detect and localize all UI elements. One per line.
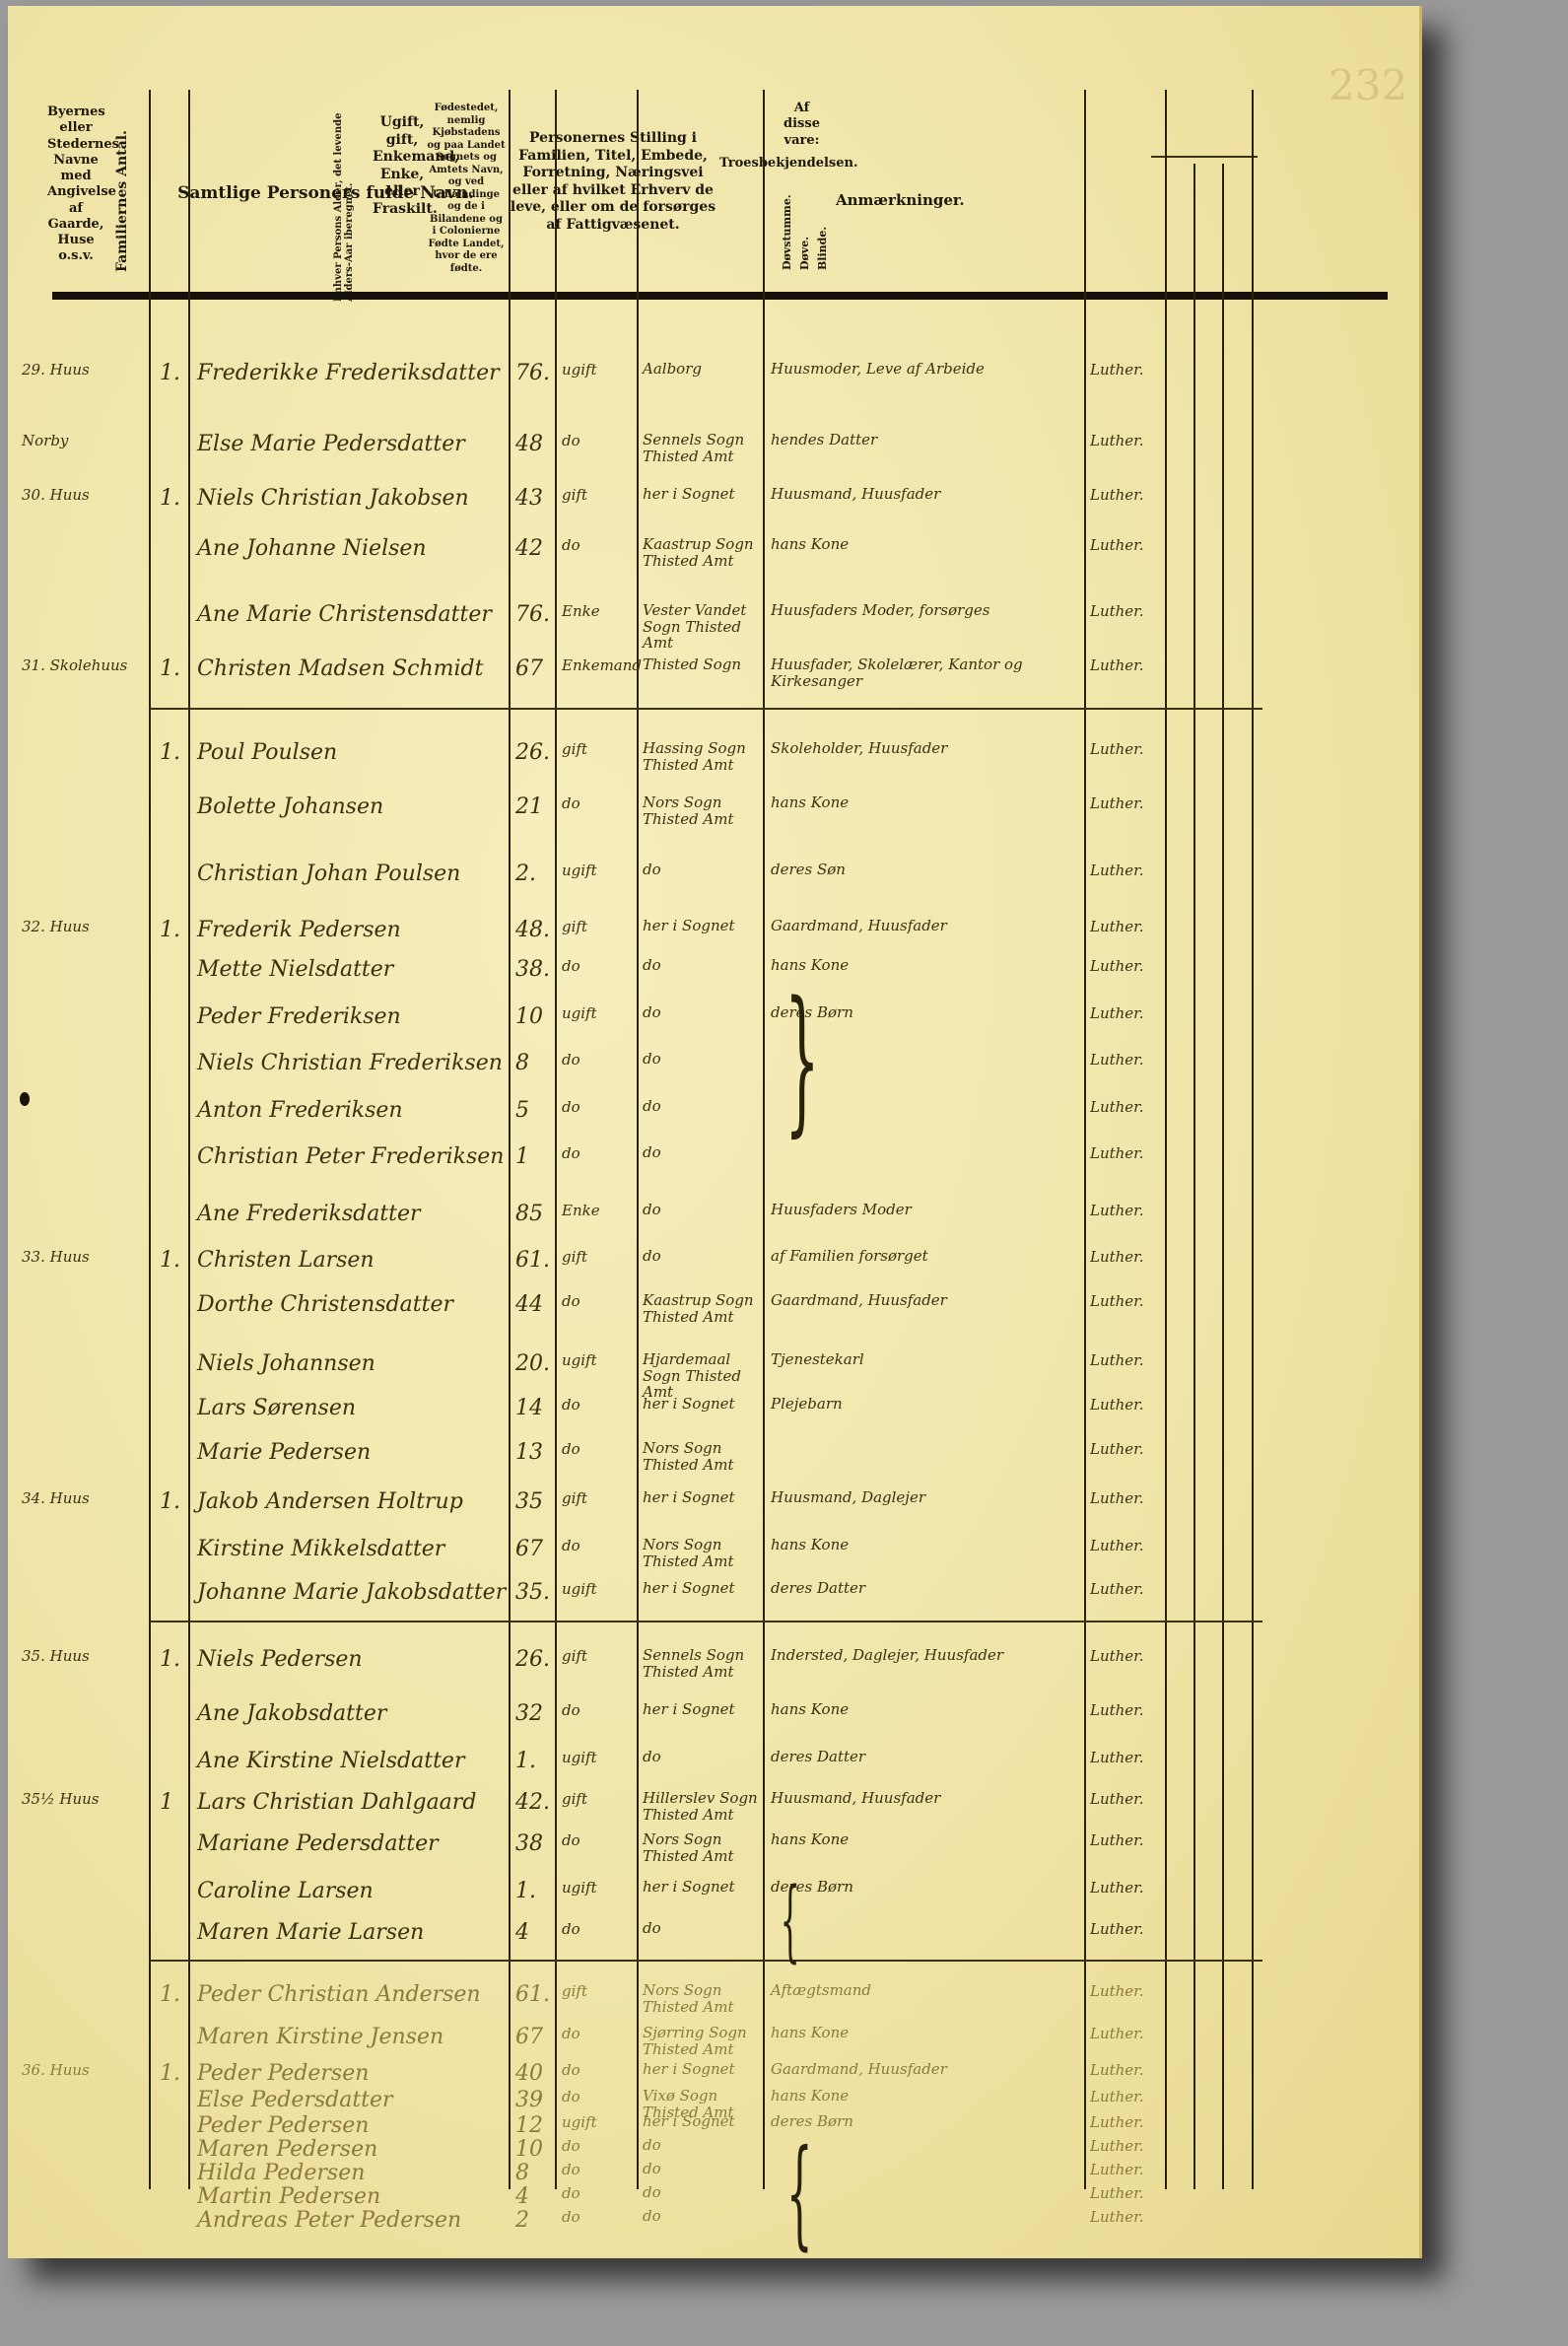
house-cell: 35. Huus (22, 1647, 90, 1665)
house-cell: 34. Huus (22, 1489, 90, 1507)
marital-status-cell: do (562, 794, 580, 812)
birthplace-cell: her i Sognet (643, 1879, 735, 1896)
marital-status-cell: ugift (562, 862, 597, 879)
header-marital: Ugift, gift, Enkemand, Enke, eller Frask… (373, 114, 432, 218)
age-cell: 35. (515, 1580, 550, 1605)
marital-status-cell: do (562, 2025, 580, 2042)
marital-status-cell: do (562, 432, 580, 449)
birthplace-cell: do (643, 1920, 661, 1937)
person-name-cell: Niels Christian Frederiksen (197, 1051, 503, 1075)
person-name-cell: Peder Christian Andersen (197, 1982, 481, 2007)
age-cell: 4 (515, 1920, 529, 1945)
col-line (1084, 90, 1086, 2189)
person-name-cell: Maren Kirstine Jensen (197, 2025, 443, 2049)
occupation-cell: Huusfaders Moder, forsørges (771, 602, 989, 619)
religion-cell: Luther. (1090, 2113, 1143, 2131)
religion-cell: Luther. (1090, 602, 1143, 620)
header-occupation: Personernes Stilling i Familien, Titel, … (509, 130, 717, 234)
religion-cell: Luther. (1090, 1831, 1143, 1849)
person-name-cell: Mariane Pedersdatter (197, 1831, 439, 1856)
age-cell: 32 (515, 1701, 543, 1726)
birthplace-cell: her i Sognet (643, 1580, 735, 1597)
occupation-cell: deres Datter (771, 1580, 865, 1597)
religion-cell: Luther. (1090, 1004, 1143, 1022)
col-line (1165, 90, 1167, 2189)
birthplace-cell: Nors Sogn Thisted Amt (643, 1982, 761, 2015)
age-cell: 10 (515, 1004, 543, 1029)
religion-cell: Luther. (1090, 1440, 1143, 1458)
birthplace-cell: Vester Vandet Sogn Thisted Amt (643, 602, 761, 652)
header-disabilities: Af disse vare: (775, 101, 829, 149)
marital-status-cell: ugift (562, 1879, 597, 1897)
person-name-cell: Dorthe Christensdatter (197, 1292, 453, 1317)
birthplace-cell: her i Sognet (643, 1396, 735, 1413)
marital-status-cell: Enkemand (562, 656, 642, 674)
age-cell: 14 (515, 1396, 543, 1420)
person-name-cell: Martin Pedersen (197, 2184, 380, 2209)
age-cell: 26. (515, 740, 550, 765)
age-cell: 44 (515, 1292, 543, 1317)
religion-cell: Luther. (1090, 1537, 1143, 1554)
religion-cell: Luther. (1090, 1396, 1143, 1414)
marital-status-cell: do (562, 1051, 580, 1069)
religion-cell: Luther. (1090, 486, 1143, 504)
birthplace-cell: Kaastrup Sogn Thisted Amt (643, 1292, 761, 1325)
occupation-cell: af Familien forsørget (771, 1248, 928, 1265)
religion-cell: Luther. (1090, 918, 1143, 935)
person-name-cell: Ane Frederiksdatter (197, 1202, 421, 1226)
religion-cell: Luther. (1090, 1144, 1143, 1162)
age-cell: 43 (515, 486, 543, 511)
person-name-cell: Else Pedersdatter (197, 2088, 393, 2112)
birthplace-cell: do (643, 1144, 661, 1161)
birthplace-cell: do (643, 957, 661, 974)
birthplace-cell: Aalborg (643, 361, 702, 378)
religion-cell: Luther. (1090, 361, 1143, 379)
disabilities-subrule (1151, 156, 1258, 158)
occupation-cell: Aftægtsmand (771, 1982, 871, 1999)
religion-cell: Luther. (1090, 1647, 1143, 1665)
occupation-cell: hans Kone (771, 1701, 849, 1718)
person-name-cell: Christian Peter Frederiksen (197, 1144, 504, 1169)
occupation-cell: Gaardmand, Huusfader (771, 918, 947, 934)
occupation-cell: Huusmand, Daglejer (771, 1489, 925, 1506)
family-count-cell: 1. (160, 1647, 180, 1672)
birthplace-cell: Sjørring Sogn Thisted Amt (643, 2025, 761, 2057)
religion-cell: Luther. (1090, 536, 1143, 554)
person-name-cell: Frederikke Frederiksdatter (197, 361, 500, 385)
person-name-cell: Ane Marie Christensdatter (197, 602, 492, 627)
religion-cell: Luther. (1090, 1202, 1143, 1219)
occupation-cell: hans Kone (771, 2025, 849, 2041)
age-cell: 5 (515, 1098, 529, 1123)
marital-status-cell: do (562, 1920, 580, 1938)
age-cell: 40 (515, 2061, 543, 2086)
occupation-cell: hans Kone (771, 2088, 849, 2104)
person-name-cell: Niels Christian Jakobsen (197, 486, 469, 511)
age-cell: 61. (515, 1982, 550, 2007)
age-cell: 39 (515, 2088, 543, 2112)
house-cell: 33. Huus (22, 1248, 90, 1266)
person-name-cell: Lars Christian Dahlgaard (197, 1790, 476, 1815)
age-cell: 38 (515, 1831, 543, 1856)
family-count-cell: 1. (160, 361, 180, 385)
person-name-cell: Christen Madsen Schmidt (197, 656, 483, 681)
family-count-cell: 1. (160, 1489, 180, 1514)
religion-cell: Luther. (1090, 2161, 1143, 2178)
birthplace-cell: Hillerslev Sogn Thisted Amt (643, 1790, 761, 1823)
person-name-cell: Peder Frederiksen (197, 1004, 401, 1029)
religion-cell: Luther. (1090, 1701, 1143, 1719)
marital-status-cell: do (562, 1537, 580, 1554)
age-cell: 13 (515, 1440, 543, 1465)
person-name-cell: Niels Pedersen (197, 1647, 363, 1672)
household-separator (149, 708, 1262, 710)
birthplace-cell: Nors Sogn Thisted Amt (643, 1537, 761, 1569)
person-name-cell: Bolette Johansen (197, 794, 383, 819)
occupation-cell: Huusmoder, Leve af Arbeide (771, 361, 985, 378)
person-name-cell: Maren Pedersen (197, 2137, 377, 2162)
age-cell: 85 (515, 1202, 543, 1226)
birthplace-cell: her i Sognet (643, 918, 735, 934)
marital-status-cell: do (562, 2208, 580, 2226)
family-count-cell: 1. (160, 1982, 180, 2007)
birthplace-cell: do (643, 2208, 661, 2225)
marital-status-cell: gift (562, 918, 587, 935)
birthplace-cell: Hjardemaal Sogn Thisted Amt (643, 1351, 761, 1401)
census-page: 232 Byernes eller Stedernes Navne med An… (8, 6, 1422, 2258)
marital-status-cell: gift (562, 1982, 587, 2000)
marital-status-cell: do (562, 2184, 580, 2202)
marital-status-cell: gift (562, 1489, 587, 1507)
age-cell: 67 (515, 1537, 543, 1561)
ink-spot (20, 1092, 30, 1106)
birthplace-cell: Sennels Sogn Thisted Amt (643, 432, 761, 464)
house-cell: 31. Skolehuus (22, 656, 127, 674)
house-cell: Norby (22, 432, 68, 449)
person-name-cell: Ane Johanne Nielsen (197, 536, 427, 561)
family-count-cell: 1. (160, 2061, 180, 2086)
children-brace: { (786, 2125, 813, 2262)
marital-status-cell: gift (562, 740, 587, 758)
religion-cell: Luther. (1090, 1098, 1143, 1116)
age-cell: 12 (515, 2113, 543, 2138)
birthplace-cell: Sennels Sogn Thisted Amt (643, 1647, 761, 1680)
age-cell: 4 (515, 2184, 529, 2209)
marital-status-cell: Enke (562, 1202, 600, 1219)
header-rule (52, 292, 1388, 300)
birthplace-cell: Nors Sogn Thisted Amt (643, 794, 761, 827)
person-name-cell: Ane Kirstine Nielsdatter (197, 1749, 464, 1773)
occupation-cell: Huusmand, Huusfader (771, 1790, 940, 1807)
birthplace-cell: her i Sognet (643, 486, 735, 503)
marital-status-cell: gift (562, 1790, 587, 1808)
religion-cell: Luther. (1090, 2061, 1143, 2079)
header-age: Enhver Persons Alder, det levende Alders… (333, 85, 355, 302)
religion-cell: Luther. (1090, 1248, 1143, 1266)
religion-cell: Luther. (1090, 432, 1143, 449)
occupation-cell: Indersted, Daglejer, Huusfader (771, 1647, 1003, 1664)
occupation-cell: Gaardmand, Huusfader (771, 1292, 947, 1309)
age-cell: 10 (515, 2137, 543, 2162)
marital-status-cell: ugift (562, 1351, 597, 1369)
occupation-cell: deres Datter (771, 1749, 865, 1765)
age-cell: 1. (515, 1879, 536, 1903)
person-name-cell: Marie Pedersen (197, 1440, 371, 1465)
birthplace-cell: do (643, 2137, 661, 2154)
religion-cell: Luther. (1090, 2184, 1143, 2202)
religion-cell: Luther. (1090, 1580, 1143, 1598)
occupation-cell: Huusfader, Skolelærer, Kantor og Kirkesa… (771, 656, 1076, 689)
col-line (1252, 90, 1254, 2189)
person-name-cell: Peder Pedersen (197, 2061, 369, 2086)
occupation-cell: Huusfaders Moder (771, 1202, 912, 1218)
children-brace: } (784, 967, 820, 1151)
header-families: Familiernes Antal. (114, 130, 130, 272)
person-name-cell: Johanne Marie Jakobsdatter (197, 1580, 506, 1605)
marital-status-cell: do (562, 1144, 580, 1162)
person-name-cell: Else Marie Pedersdatter (197, 432, 465, 456)
birthplace-cell: do (643, 1749, 661, 1765)
religion-cell: Luther. (1090, 2088, 1143, 2105)
religion-cell: Luther. (1090, 1982, 1143, 2000)
birthplace-cell: Nors Sogn Thisted Amt (643, 1440, 761, 1473)
religion-cell: Luther. (1090, 1920, 1143, 1938)
person-name-cell: Frederik Pedersen (197, 918, 401, 942)
birthplace-cell: do (643, 2161, 661, 2177)
religion-cell: Luther. (1090, 656, 1143, 674)
birthplace-cell: her i Sognet (643, 2061, 735, 2078)
person-name-cell: Caroline Larsen (197, 1879, 374, 1903)
marital-status-cell: do (562, 1701, 580, 1719)
marital-status-cell: do (562, 2161, 580, 2178)
religion-cell: Luther. (1090, 957, 1143, 975)
birthplace-cell: Hassing Sogn Thisted Amt (643, 740, 761, 773)
occupation-cell: hans Kone (771, 1831, 849, 1848)
family-count-cell: 1. (160, 740, 180, 765)
age-cell: 26. (515, 1647, 550, 1672)
person-name-cell: Christen Larsen (197, 1248, 375, 1273)
person-name-cell: Hilda Pedersen (197, 2161, 365, 2185)
page-number: 232 (1329, 61, 1407, 109)
religion-cell: Luther. (1090, 1749, 1143, 1766)
person-name-cell: Niels Johannsen (197, 1351, 375, 1376)
person-name-cell: Anton Frederiksen (197, 1098, 403, 1123)
age-cell: 42. (515, 1790, 550, 1815)
marital-status-cell: do (562, 1098, 580, 1116)
religion-cell: Luther. (1090, 740, 1143, 758)
religion-cell: Luther. (1090, 1879, 1143, 1897)
col-line (763, 90, 765, 2189)
birthplace-cell: do (643, 1202, 661, 1218)
marital-status-cell: gift (562, 1248, 587, 1266)
person-name-cell: Kirstine Mikkelsdatter (197, 1537, 444, 1561)
age-cell: 76. (515, 602, 550, 627)
col-line (1222, 164, 1224, 2189)
birthplace-cell: Thisted Sogn (643, 656, 741, 673)
marital-status-cell: do (562, 957, 580, 975)
religion-cell: Luther. (1090, 1351, 1143, 1369)
header-remarks: Anmærkninger. (836, 191, 944, 210)
age-cell: 48 (515, 432, 543, 456)
age-cell: 8 (515, 2161, 529, 2185)
religion-cell: Luther. (1090, 1292, 1143, 1310)
occupation-cell: hans Kone (771, 794, 849, 811)
col-line (509, 90, 511, 2189)
children-brace: { (781, 1869, 800, 1972)
age-cell: 76. (515, 361, 550, 385)
house-cell: 35½ Huus (22, 1790, 100, 1808)
house-cell: 29. Huus (22, 361, 90, 379)
family-count-cell: 1. (160, 1248, 180, 1273)
person-name-cell: Maren Marie Larsen (197, 1920, 424, 1945)
age-cell: 67 (515, 2025, 543, 2049)
col-line (1193, 164, 1195, 2189)
occupation-cell: Skoleholder, Huusfader (771, 740, 947, 757)
col-line (188, 90, 190, 2189)
marital-status-cell: do (562, 1292, 580, 1310)
marital-status-cell: ugift (562, 1580, 597, 1598)
person-name-cell: Ane Jakobsdatter (197, 1701, 386, 1726)
age-cell: 35 (515, 1489, 543, 1514)
col-line (555, 90, 557, 2189)
occupation-cell: hans Kone (771, 536, 849, 553)
marital-status-cell: do (562, 2088, 580, 2105)
marital-status-cell: gift (562, 1647, 587, 1665)
age-cell: 61. (515, 1248, 550, 1273)
birthplace-cell: do (643, 1248, 661, 1265)
household-separator (149, 1960, 1262, 1962)
age-cell: 21 (515, 794, 543, 819)
marital-status-cell: ugift (562, 1749, 597, 1766)
age-cell: 38. (515, 957, 550, 982)
birthplace-cell: do (643, 1098, 661, 1115)
religion-cell: Luther. (1090, 1790, 1143, 1808)
occupation-cell: hendes Datter (771, 432, 877, 448)
age-cell: 1 (515, 1144, 529, 1169)
religion-cell: Luther. (1090, 862, 1143, 879)
marital-status-cell: do (562, 536, 580, 554)
birthplace-cell: her i Sognet (643, 2113, 735, 2130)
house-cell: 30. Huus (22, 486, 90, 504)
marital-status-cell: ugift (562, 1004, 597, 1022)
religion-cell: Luther. (1090, 2208, 1143, 2226)
age-cell: 42 (515, 536, 543, 561)
marital-status-cell: ugift (562, 2113, 597, 2131)
religion-cell: Luther. (1090, 1051, 1143, 1069)
marital-status-cell: do (562, 1396, 580, 1414)
religion-cell: Luther. (1090, 2025, 1143, 2042)
birthplace-cell: do (643, 1004, 661, 1021)
occupation-cell: hans Kone (771, 1537, 849, 1553)
house-cell: 32. Huus (22, 918, 90, 935)
birthplace-cell: do (643, 2184, 661, 2201)
family-count-cell: 1. (160, 486, 180, 511)
occupation-cell: deres Søn (771, 862, 846, 878)
marital-status-cell: do (562, 1831, 580, 1849)
religion-cell: Luther. (1090, 2137, 1143, 2155)
age-cell: 20. (515, 1351, 550, 1376)
age-cell: 2. (515, 862, 536, 886)
marital-status-cell: do (562, 2137, 580, 2155)
birthplace-cell: her i Sognet (643, 1489, 735, 1506)
marital-status-cell: do (562, 1440, 580, 1458)
age-cell: 48. (515, 918, 550, 942)
age-cell: 67 (515, 656, 543, 681)
birthplace-cell: Nors Sogn Thisted Amt (643, 1831, 761, 1864)
person-name-cell: Lars Sørensen (197, 1396, 356, 1420)
family-count-cell: 1. (160, 918, 180, 942)
birthplace-cell: do (643, 862, 661, 878)
occupation-cell: Huusmand, Huusfader (771, 486, 940, 503)
age-cell: 1. (515, 1749, 536, 1773)
col-line (149, 90, 151, 2189)
person-name-cell: Poul Poulsen (197, 740, 337, 765)
marital-status-cell: ugift (562, 361, 597, 379)
household-separator (149, 1621, 1262, 1622)
person-name-cell: Jakob Andersen Holtrup (197, 1489, 463, 1514)
age-cell: 8 (515, 1051, 529, 1075)
family-count-cell: 1. (160, 656, 180, 681)
person-name-cell: Christian Johan Poulsen (197, 862, 460, 886)
header-birthplace: Fødestedet, nemlig Kjøbstadens og paa La… (427, 103, 506, 275)
col-line (637, 90, 639, 2189)
header-blind: Blinde. (816, 227, 829, 270)
religion-cell: Luther. (1090, 794, 1143, 812)
person-name-cell: Mette Nielsdatter (197, 957, 393, 982)
birthplace-cell: do (643, 1051, 661, 1068)
header-deaf: Døve. (798, 237, 811, 270)
marital-status-cell: gift (562, 486, 587, 504)
header-house: Byernes eller Stedernes Navne med Angive… (47, 104, 104, 265)
birthplace-cell: Kaastrup Sogn Thisted Amt (643, 536, 761, 569)
marital-status-cell: Enke (562, 602, 600, 620)
family-count-cell: 1 (160, 1790, 173, 1815)
occupation-cell: Plejebarn (771, 1396, 843, 1413)
age-cell: 2 (515, 2208, 529, 2233)
marital-status-cell: do (562, 2061, 580, 2079)
header-deaf-mute: Døvstumme. (781, 194, 793, 270)
house-cell: 36. Huus (22, 2061, 90, 2079)
occupation-cell: Tjenestekarl (771, 1351, 864, 1368)
religion-cell: Luther. (1090, 1489, 1143, 1507)
occupation-cell: Gaardmand, Huusfader (771, 2061, 947, 2078)
person-name-cell: Peder Pedersen (197, 2113, 369, 2138)
person-name-cell: Andreas Peter Pedersen (197, 2208, 461, 2233)
birthplace-cell: her i Sognet (643, 1701, 735, 1718)
